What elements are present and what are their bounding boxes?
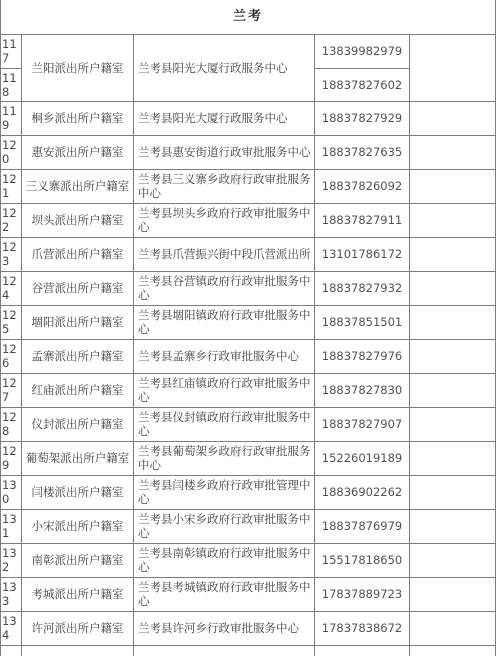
note-cell: [410, 339, 496, 373]
row-number-cell: 125: [1, 305, 22, 339]
office-name-cell: 孟寨派出所户籍室: [22, 339, 134, 373]
note-cell: [410, 169, 496, 203]
note-cell: [410, 373, 496, 407]
table-row: 121 三义寨派出所户籍室 兰考县三义寨乡政府行政审批服务中心 18837826…: [1, 169, 496, 203]
row-number-cell: 131: [1, 509, 22, 543]
table-row: 130 闫楼派出所户籍室 兰考县闫楼乡政府行政审批管理中心 1883690226…: [1, 475, 496, 509]
address-cell: 兰考县三义寨乡政府行政审批服务中心: [134, 169, 315, 203]
note-cell: [410, 237, 496, 271]
row-number-cell: 119: [1, 101, 22, 135]
row-number-cell: 120: [1, 135, 22, 169]
address-cell: 兰考县小宋乡政府行政审批服务中心: [134, 509, 315, 543]
table-row: 117 兰阳派出所户籍室 兰考县阳光大厦行政服务中心 13839982979: [1, 34, 496, 68]
table-row-header: 兰考: [1, 0, 496, 34]
office-name-cell: 仪封派出所户籍室: [22, 407, 134, 441]
note-cell: [410, 441, 496, 475]
note-cell: [410, 475, 496, 509]
phone-cell: 18837827911: [315, 203, 410, 237]
row-number-cell: 126: [1, 339, 22, 373]
note-cell: [410, 509, 496, 543]
row-number-cell: 118: [1, 68, 22, 101]
phone-cell: 18836902262: [315, 475, 410, 509]
office-name-cell: [22, 645, 134, 656]
office-name-cell: 许河派出所户籍室: [22, 611, 134, 645]
address-cell: 兰考县葡萄架乡政府行政审批服务中心: [134, 441, 315, 475]
office-name-cell: 三义寨派出所户籍室: [22, 169, 134, 203]
note-cell: [410, 203, 496, 237]
table-row: 124 谷营派出所户籍室 兰考县谷营镇政府行政审批服务中心 1883782793…: [1, 271, 496, 305]
table-row: 128 仪封派出所户籍室 兰考县仪封镇政府行政审批服务中心 1883782790…: [1, 407, 496, 441]
office-name-cell: 小宋派出所户籍室: [22, 509, 134, 543]
phone-cell: 18837827976: [315, 339, 410, 373]
office-name-cell: 堌阳派出所户籍室: [22, 305, 134, 339]
office-name-cell: 考城派出所户籍室: [22, 577, 134, 611]
office-name-cell: 桐乡派出所户籍室: [22, 101, 134, 135]
row-number-cell: 124: [1, 271, 22, 305]
table-row: 127 红庙派出所户籍室 兰考县红庙镇政府行政审批服务中心 1883782783…: [1, 373, 496, 407]
phone-cell: 18837827635: [315, 135, 410, 169]
table-row: 126 孟寨派出所户籍室 兰考县孟寨乡行政审批服务中心 18837827976: [1, 339, 496, 373]
table-row: 122 坝头派出所户籍室 兰考县坝头乡政府行政审批服务中心 1883782791…: [1, 203, 496, 237]
office-name-cell: 谷营派出所户籍室: [22, 271, 134, 305]
table-row: 129 葡萄架派出所户籍室 兰考县葡萄架乡政府行政审批服务中心 15226019…: [1, 441, 496, 475]
address-cell: 兰考县闫楼乡政府行政审批管理中心: [134, 475, 315, 509]
address-cell: 兰考县南彰镇政府行政审批服务中心: [134, 543, 315, 577]
row-number-cell: 129: [1, 441, 22, 475]
row-number-cell: [1, 645, 22, 656]
address-cell: 兰考县红庙镇政府行政审批服务中心: [134, 373, 315, 407]
phone-cell: 18837826092: [315, 169, 410, 203]
address-cell: 兰考县堌阳镇政府行政审批服务中心: [134, 305, 315, 339]
address-cell: 兰考县坝头乡政府行政审批服务中心: [134, 203, 315, 237]
phone-cell: 18837851501: [315, 305, 410, 339]
note-cell: [410, 135, 496, 169]
table-row: 125 堌阳派出所户籍室 兰考县堌阳镇政府行政审批服务中心 1883785150…: [1, 305, 496, 339]
note-cell: [410, 271, 496, 305]
row-number-cell: 132: [1, 543, 22, 577]
row-number-cell: 127: [1, 373, 22, 407]
note-cell: [410, 34, 496, 101]
phone-cell: 15517818650: [315, 543, 410, 577]
table-row: 131 小宋派出所户籍室 兰考县小宋乡政府行政审批服务中心 1883787697…: [1, 509, 496, 543]
phone-cell: 18837876979: [315, 509, 410, 543]
address-cell: 兰考县爪营振兴街中段爪营派出所: [134, 237, 315, 271]
address-cell: 兰考县阳光大厦行政服务中心: [134, 101, 315, 135]
phone-cell: 13101786172: [315, 237, 410, 271]
household-registration-table: 兰考 117 兰阳派出所户籍室 兰考县阳光大厦行政服务中心 1383998297…: [0, 0, 496, 656]
row-number-cell: 133: [1, 577, 22, 611]
phone-cell: 18837827929: [315, 101, 410, 135]
address-cell: [134, 645, 315, 656]
document-page: 兰考 117 兰阳派出所户籍室 兰考县阳光大厦行政服务中心 1383998297…: [0, 0, 500, 656]
address-cell: 兰考县孟寨乡行政审批服务中心: [134, 339, 315, 373]
note-cell: [410, 577, 496, 611]
address-cell: 兰考县惠安街道行政审批服务中心: [134, 135, 315, 169]
row-number-cell: 117: [1, 34, 22, 68]
row-number-cell: 123: [1, 237, 22, 271]
address-cell: 兰考县谷营镇政府行政审批服务中心: [134, 271, 315, 305]
address-cell: 兰考县许河乡行政审批服务中心: [134, 611, 315, 645]
note-cell: [410, 407, 496, 441]
office-name-cell: 坝头派出所户籍室: [22, 203, 134, 237]
table-row-partial: [1, 645, 496, 656]
office-name-cell: 爪营派出所户籍室: [22, 237, 134, 271]
row-number-cell: 128: [1, 407, 22, 441]
office-name-cell: 葡萄架派出所户籍室: [22, 441, 134, 475]
phone-cell: 18837827830: [315, 373, 410, 407]
table-row: 132 南彰派出所户籍室 兰考县南彰镇政府行政审批服务中心 1551781865…: [1, 543, 496, 577]
row-number-cell: 121: [1, 169, 22, 203]
phone-cell: 13839982979: [315, 34, 410, 68]
office-name-cell: 惠安派出所户籍室: [22, 135, 134, 169]
office-name-cell: 红庙派出所户籍室: [22, 373, 134, 407]
phone-cell: 18837827907: [315, 407, 410, 441]
row-number-cell: 122: [1, 203, 22, 237]
note-cell: [410, 305, 496, 339]
office-name-cell: 闫楼派出所户籍室: [22, 475, 134, 509]
address-cell: 兰考县考城镇政府行政审批服务中心: [134, 577, 315, 611]
table-row: 120 惠安派出所户籍室 兰考县惠安街道行政审批服务中心 18837827635: [1, 135, 496, 169]
office-name-cell: 南彰派出所户籍室: [22, 543, 134, 577]
address-cell: 兰考县阳光大厦行政服务中心: [134, 34, 315, 101]
row-number-cell: 130: [1, 475, 22, 509]
phone-cell: 17837889723: [315, 577, 410, 611]
table-row: 133 考城派出所户籍室 兰考县考城镇政府行政审批服务中心 1783788972…: [1, 577, 496, 611]
table-row: 123 爪营派出所户籍室 兰考县爪营振兴街中段爪营派出所 13101786172: [1, 237, 496, 271]
phone-cell: [315, 645, 410, 656]
row-number-cell: 134: [1, 611, 22, 645]
note-cell: [410, 101, 496, 135]
phone-cell: 18837827602: [315, 68, 410, 101]
region-title: 兰考: [1, 0, 496, 34]
table-row: 134 许河派出所户籍室 兰考县许河乡行政审批服务中心 17837838672: [1, 611, 496, 645]
note-cell: [410, 645, 496, 656]
office-name-cell: 兰阳派出所户籍室: [22, 34, 134, 101]
note-cell: [410, 543, 496, 577]
note-cell: [410, 611, 496, 645]
phone-cell: 18837827932: [315, 271, 410, 305]
address-cell: 兰考县仪封镇政府行政审批服务中心: [134, 407, 315, 441]
phone-cell: 17837838672: [315, 611, 410, 645]
table-row: 119 桐乡派出所户籍室 兰考县阳光大厦行政服务中心 18837827929: [1, 101, 496, 135]
phone-cell: 15226019189: [315, 441, 410, 475]
